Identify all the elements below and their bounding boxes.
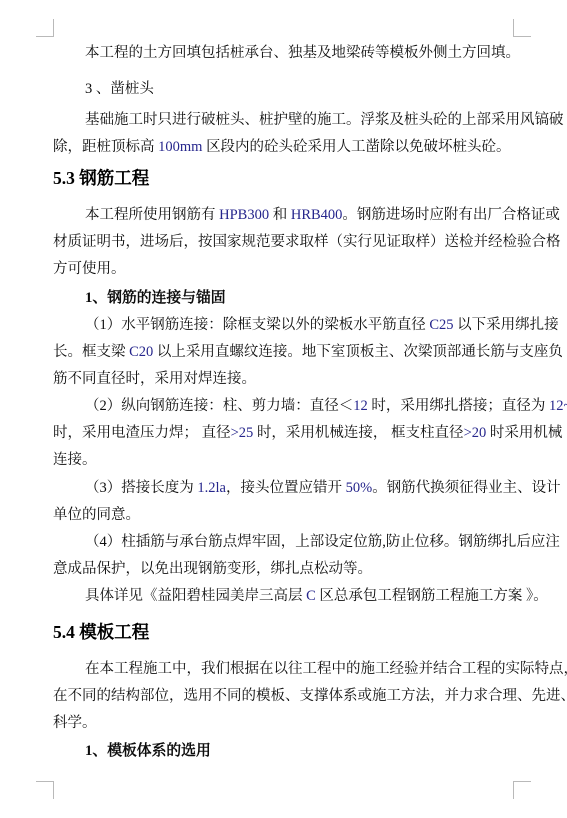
subsection-heading-formwork-system: 1、模板体系的选用 xyxy=(85,742,523,761)
text-run: 除，距桩顶标高 xyxy=(53,139,158,155)
paragraph-line: 基础施工时只进行破桩头、桩护壁的施工。浮浆及桩头砼的上部采用风镐破 xyxy=(85,111,523,130)
paragraph-line: 本工程的土方回填包括桩承台、独基及地梁砖等模板外侧土方回填。 xyxy=(85,44,523,63)
text-run: ，接头位置应错开 xyxy=(226,480,346,496)
text-run: 方可使用。 xyxy=(53,261,126,277)
text-run: 以下采用绑扎接 xyxy=(454,317,559,333)
text-run: （3）搭接长度为 xyxy=(85,480,197,496)
text-run: 。钢筋代换须征得业主、设计 xyxy=(372,480,561,496)
paragraph-line: 筋不同直径时，采用对焊连接。 xyxy=(53,370,523,389)
reference-line: 具体详见《益阳碧桂园美岸三高层 C 区总承包工程钢筋工程施工方案 》。 xyxy=(85,587,523,606)
paragraph-line: 本工程所使用钢筋有 HPB300 和 HRB400。钢筋进场时应附有出厂合格证或 xyxy=(85,206,523,225)
text-run: （4）柱插筋与承台筋点焊牢固，上部设定位筋,防止位移。钢筋绑扎后应注 xyxy=(85,534,560,550)
text-run: 区总承包工程钢筋工程施工方案 》。 xyxy=(316,588,548,604)
text-run: 区段内的砼头砼采用人工凿除以免破坏桩头砼。 xyxy=(202,139,510,155)
text-run: >20 xyxy=(464,425,487,441)
text-run: 时，采用电渣压力焊； 直径 xyxy=(53,425,231,441)
paragraph-line: 方可使用。 xyxy=(53,260,523,279)
text-run: 单位的同意。 xyxy=(53,507,140,523)
text-run: （1）水平钢筋连接：除框支梁以外的梁板水平筋直径 xyxy=(85,317,429,333)
text-run: 本工程的土方回填包括桩承台、独基及地梁砖等模板外侧土方回填。 xyxy=(85,45,520,61)
paragraph-line: 意成品保护，以免出现钢筋变形，绑扎点松动等。 xyxy=(53,560,523,579)
text-run: C25 xyxy=(429,317,453,333)
text-run: 连接。 xyxy=(53,452,97,468)
text-run: 意成品保护，以免出现钢筋变形，绑扎点松动等。 xyxy=(53,561,372,577)
paragraph-line: 除，距桩顶标高 100mm 区段内的砼头砼采用人工凿除以免破坏桩头砼。 xyxy=(53,138,523,157)
text-run: HPB300 xyxy=(219,207,269,223)
text-run: 100mm xyxy=(158,139,202,155)
text-run: 时采用机械 xyxy=(486,425,562,441)
list-item-heading: 3 、凿桩头 xyxy=(85,80,523,99)
section-heading-5-3: 5.3 钢筋工程 xyxy=(53,167,149,189)
paragraph-line: 长。框支梁 C20 以上采用直螺纹连接。地下室顶板主、次梁顶部通长筋与支座负 xyxy=(53,343,523,362)
text-run: 基础施工时只进行破桩头、桩护壁的施工。浮浆及桩头砼的上部采用风镐破 xyxy=(85,112,564,128)
subsection-heading-rebar-connection: 1、钢筋的连接与锚固 xyxy=(85,289,523,308)
text-run: 1、模板体系的选用 xyxy=(85,743,211,759)
text-run: 50% xyxy=(346,480,373,496)
text-run: 在本工程施工中，我们根据在以往工程中的施工经验并结合工程的实际特点， xyxy=(85,661,567,677)
text-run: 材质证明书，进场后，按国家规范要求取样（实行见证取样）送检并经检验合格 xyxy=(53,234,561,250)
text-run: 12 xyxy=(353,398,368,414)
text-run: 。钢筋进场时应附有出厂合格证或 xyxy=(342,207,560,223)
text-run: 12~25 xyxy=(549,398,567,414)
text-run: HRB400 xyxy=(291,207,343,223)
text-run: 以上采用直螺纹连接。地下室顶板主、次梁顶部通长筋与支座负 xyxy=(153,344,563,360)
text-run: 科学。 xyxy=(53,715,97,731)
paragraph-line: 材质证明书，进场后，按国家规范要求取样（实行见证取样）送检并经检验合格 xyxy=(53,233,523,252)
paragraph-line: 连接。 xyxy=(53,451,523,470)
text-run: 1.2la xyxy=(197,480,226,496)
text-run: 在不同的结构部位，选用不同的模板、支撑体系或施工方法，并力求合理、先进、 xyxy=(53,688,567,704)
text-run: 筋不同直径时，采用对焊连接。 xyxy=(53,371,256,387)
text-run: 和 xyxy=(269,207,291,223)
text-run: 具体详见《益阳碧桂园美岸三高层 xyxy=(85,588,306,604)
text-run: 长。框支梁 xyxy=(53,344,129,360)
document-page: 本工程的土方回填包括桩承台、独基及地梁砖等模板外侧土方回填。 3 、凿桩头 基础… xyxy=(0,0,567,818)
text-run: 1、钢筋的连接与锚固 xyxy=(85,290,226,306)
text-run: 时，采用绑扎搭接；直径为 xyxy=(368,398,549,414)
margin-crop-mark-top-left xyxy=(36,19,54,37)
margin-crop-mark-top-right xyxy=(513,19,531,37)
paragraph-line: （4）柱插筋与承台筋点焊牢固，上部设定位筋,防止位移。钢筋绑扎后应注 xyxy=(85,533,523,552)
paragraph-line: 单位的同意。 xyxy=(53,506,523,525)
text-run: 时，采用机械连接， 框支柱直径 xyxy=(253,425,463,441)
text-run: C xyxy=(306,588,316,604)
text-run: C20 xyxy=(129,344,153,360)
paragraph-line: 时，采用电渣压力焊； 直径>25 时，采用机械连接， 框支柱直径>20 时采用机… xyxy=(53,424,523,443)
text-run: 本工程所使用钢筋有 xyxy=(85,207,219,223)
paragraph-line: 在不同的结构部位，选用不同的模板、支撑体系或施工方法，并力求合理、先进、 xyxy=(53,687,523,706)
text-run: 5.3 钢筋工程 xyxy=(53,168,149,188)
text-run: （2）纵向钢筋连接：柱、剪力墙：直径＜ xyxy=(85,398,353,414)
paragraph-line: 在本工程施工中，我们根据在以往工程中的施工经验并结合工程的实际特点， xyxy=(85,660,523,679)
paragraph-line: （2）纵向钢筋连接：柱、剪力墙：直径＜12 时，采用绑扎搭接；直径为 12~25 xyxy=(85,397,523,416)
text-run: >25 xyxy=(231,425,254,441)
margin-crop-mark-bottom-right xyxy=(513,781,531,799)
paragraph-line: （3）搭接长度为 1.2la，接头位置应错开 50%。钢筋代换须征得业主、设计 xyxy=(85,479,523,498)
text-run: 5.4 模板工程 xyxy=(53,622,149,642)
paragraph-line: 科学。 xyxy=(53,714,523,733)
paragraph-line: （1）水平钢筋连接：除框支梁以外的梁板水平筋直径 C25 以下采用绑扎接 xyxy=(85,316,523,335)
margin-crop-mark-bottom-left xyxy=(36,781,54,799)
text-run: 3 、凿桩头 xyxy=(85,81,154,97)
section-heading-5-4: 5.4 模板工程 xyxy=(53,621,149,643)
